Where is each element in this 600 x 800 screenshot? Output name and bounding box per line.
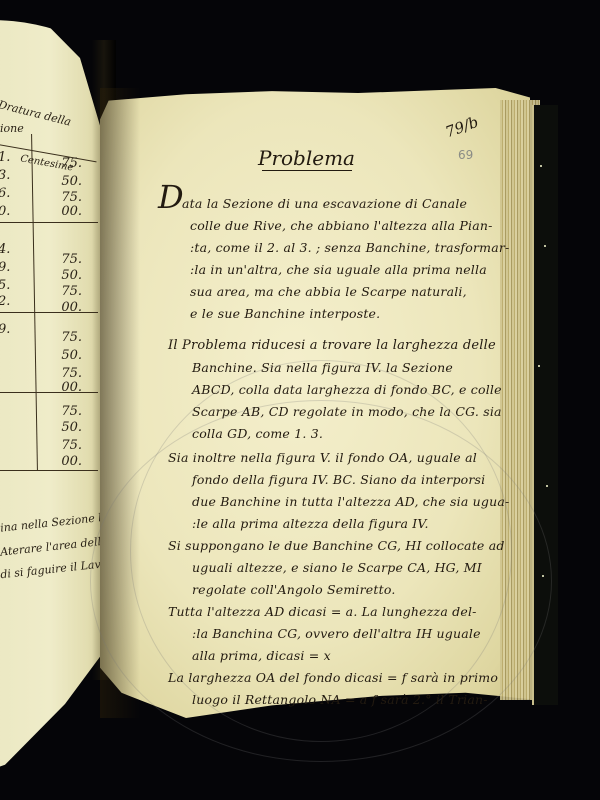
table-cell: 75. xyxy=(46,438,82,453)
table-cell: 75. xyxy=(46,252,82,267)
text-line: Tutta l'altezza AD dicasi = a. La lunghe… xyxy=(168,604,477,619)
table-cell: 0. xyxy=(0,204,10,219)
text-line: due Banchine in tutta l'altezza AD, che … xyxy=(192,494,509,509)
text-line: :le alla prima altezza della figura IV. xyxy=(192,516,429,531)
table-cell: 50. xyxy=(46,420,82,435)
table-cell: 75. xyxy=(46,366,82,381)
table-cell: 50. xyxy=(46,174,82,189)
text-line: e le sue Banchine interposte. xyxy=(190,306,380,321)
table-cell: 6. xyxy=(0,186,10,201)
left-page-table: 1. 3. 6. 0. 75. 50. 75. 00. 4. 9. 5. 2. … xyxy=(0,144,101,472)
text-line: ata la Sezione di una escavazione di Can… xyxy=(182,196,467,211)
text-line: Sia inoltre nella figura V. il fondo OA,… xyxy=(168,450,477,465)
table-cell: 9. xyxy=(0,322,10,337)
text-line: alla prima, dicasi = x xyxy=(192,648,331,663)
cover-speck xyxy=(538,365,540,367)
table-cell: 00. xyxy=(46,204,82,219)
table-cell: 75. xyxy=(46,404,82,419)
table-cell: 75. xyxy=(46,156,82,171)
cover-speck xyxy=(540,165,542,167)
table-group-divider xyxy=(0,470,98,471)
table-cell: 75. xyxy=(46,190,82,205)
table-cell: 5. xyxy=(0,278,10,293)
table-cell: 9. xyxy=(0,260,10,275)
table-cell: 00. xyxy=(46,300,82,315)
table-cell: 75. xyxy=(46,284,82,299)
text-line: Si suppongano le due Banchine CG, HI col… xyxy=(168,538,505,553)
text-line: ABCD, colla data larghezza di fondo BC, … xyxy=(192,382,502,397)
table-cell: 00. xyxy=(46,380,82,395)
table-cell: 2. xyxy=(0,294,10,309)
text-line: :ta, come il 2. al 3. ; senza Banchine, … xyxy=(190,240,509,255)
cover-speck xyxy=(546,485,548,487)
text-line: :la in un'altra, che sia uguale alla pri… xyxy=(190,262,487,277)
text-line: uguali altezze, e siano le Scarpe CA, HG… xyxy=(192,560,482,575)
manuscript-photo: Dratura della ione Centesime 1. 3. 6. 0.… xyxy=(0,0,600,800)
title-underline xyxy=(262,170,352,171)
section-title: Problema xyxy=(258,146,355,170)
text-line: Banchine. Sia nella figura IV. la Sezion… xyxy=(192,360,453,375)
text-line: sua area, ma che abbia le Scarpe natural… xyxy=(190,284,467,299)
table-column-divider xyxy=(31,134,38,470)
cover-speck xyxy=(544,245,546,247)
left-table-header-line2: ione xyxy=(0,122,24,135)
text-line: luogo il Rettangolo NA = a f sarà 2.° il… xyxy=(192,692,488,707)
table-group-divider xyxy=(0,222,98,223)
table-cell: 4. xyxy=(0,242,10,257)
table-cell: 1. xyxy=(0,150,10,165)
table-cell: 50. xyxy=(46,268,82,283)
pencil-folio-number: 69 xyxy=(458,148,473,162)
text-line: La larghezza OA del fondo dicasi = f sar… xyxy=(168,670,498,685)
text-line: regolate coll'Angolo Semiretto. xyxy=(192,582,396,597)
table-cell: 50. xyxy=(46,348,82,363)
text-line: colle due Rive, che abbiano l'altezza al… xyxy=(190,218,493,233)
table-cell: 3. xyxy=(0,168,10,183)
drop-cap-initial: D xyxy=(158,178,184,216)
text-line: Il Problema riducesi a trovare la larghe… xyxy=(168,338,496,353)
table-cell: 75. xyxy=(46,330,82,345)
text-line: fondo della figura IV. BC. Siano da inte… xyxy=(192,472,485,487)
text-line: Scarpe AB, CD regolate in modo, che la C… xyxy=(192,404,502,419)
table-cell: 00. xyxy=(46,454,82,469)
text-line: colla GD, come 1. 3. xyxy=(192,426,323,441)
text-line: :la Banchina CG, ovvero dell'altra IH ug… xyxy=(192,626,481,641)
